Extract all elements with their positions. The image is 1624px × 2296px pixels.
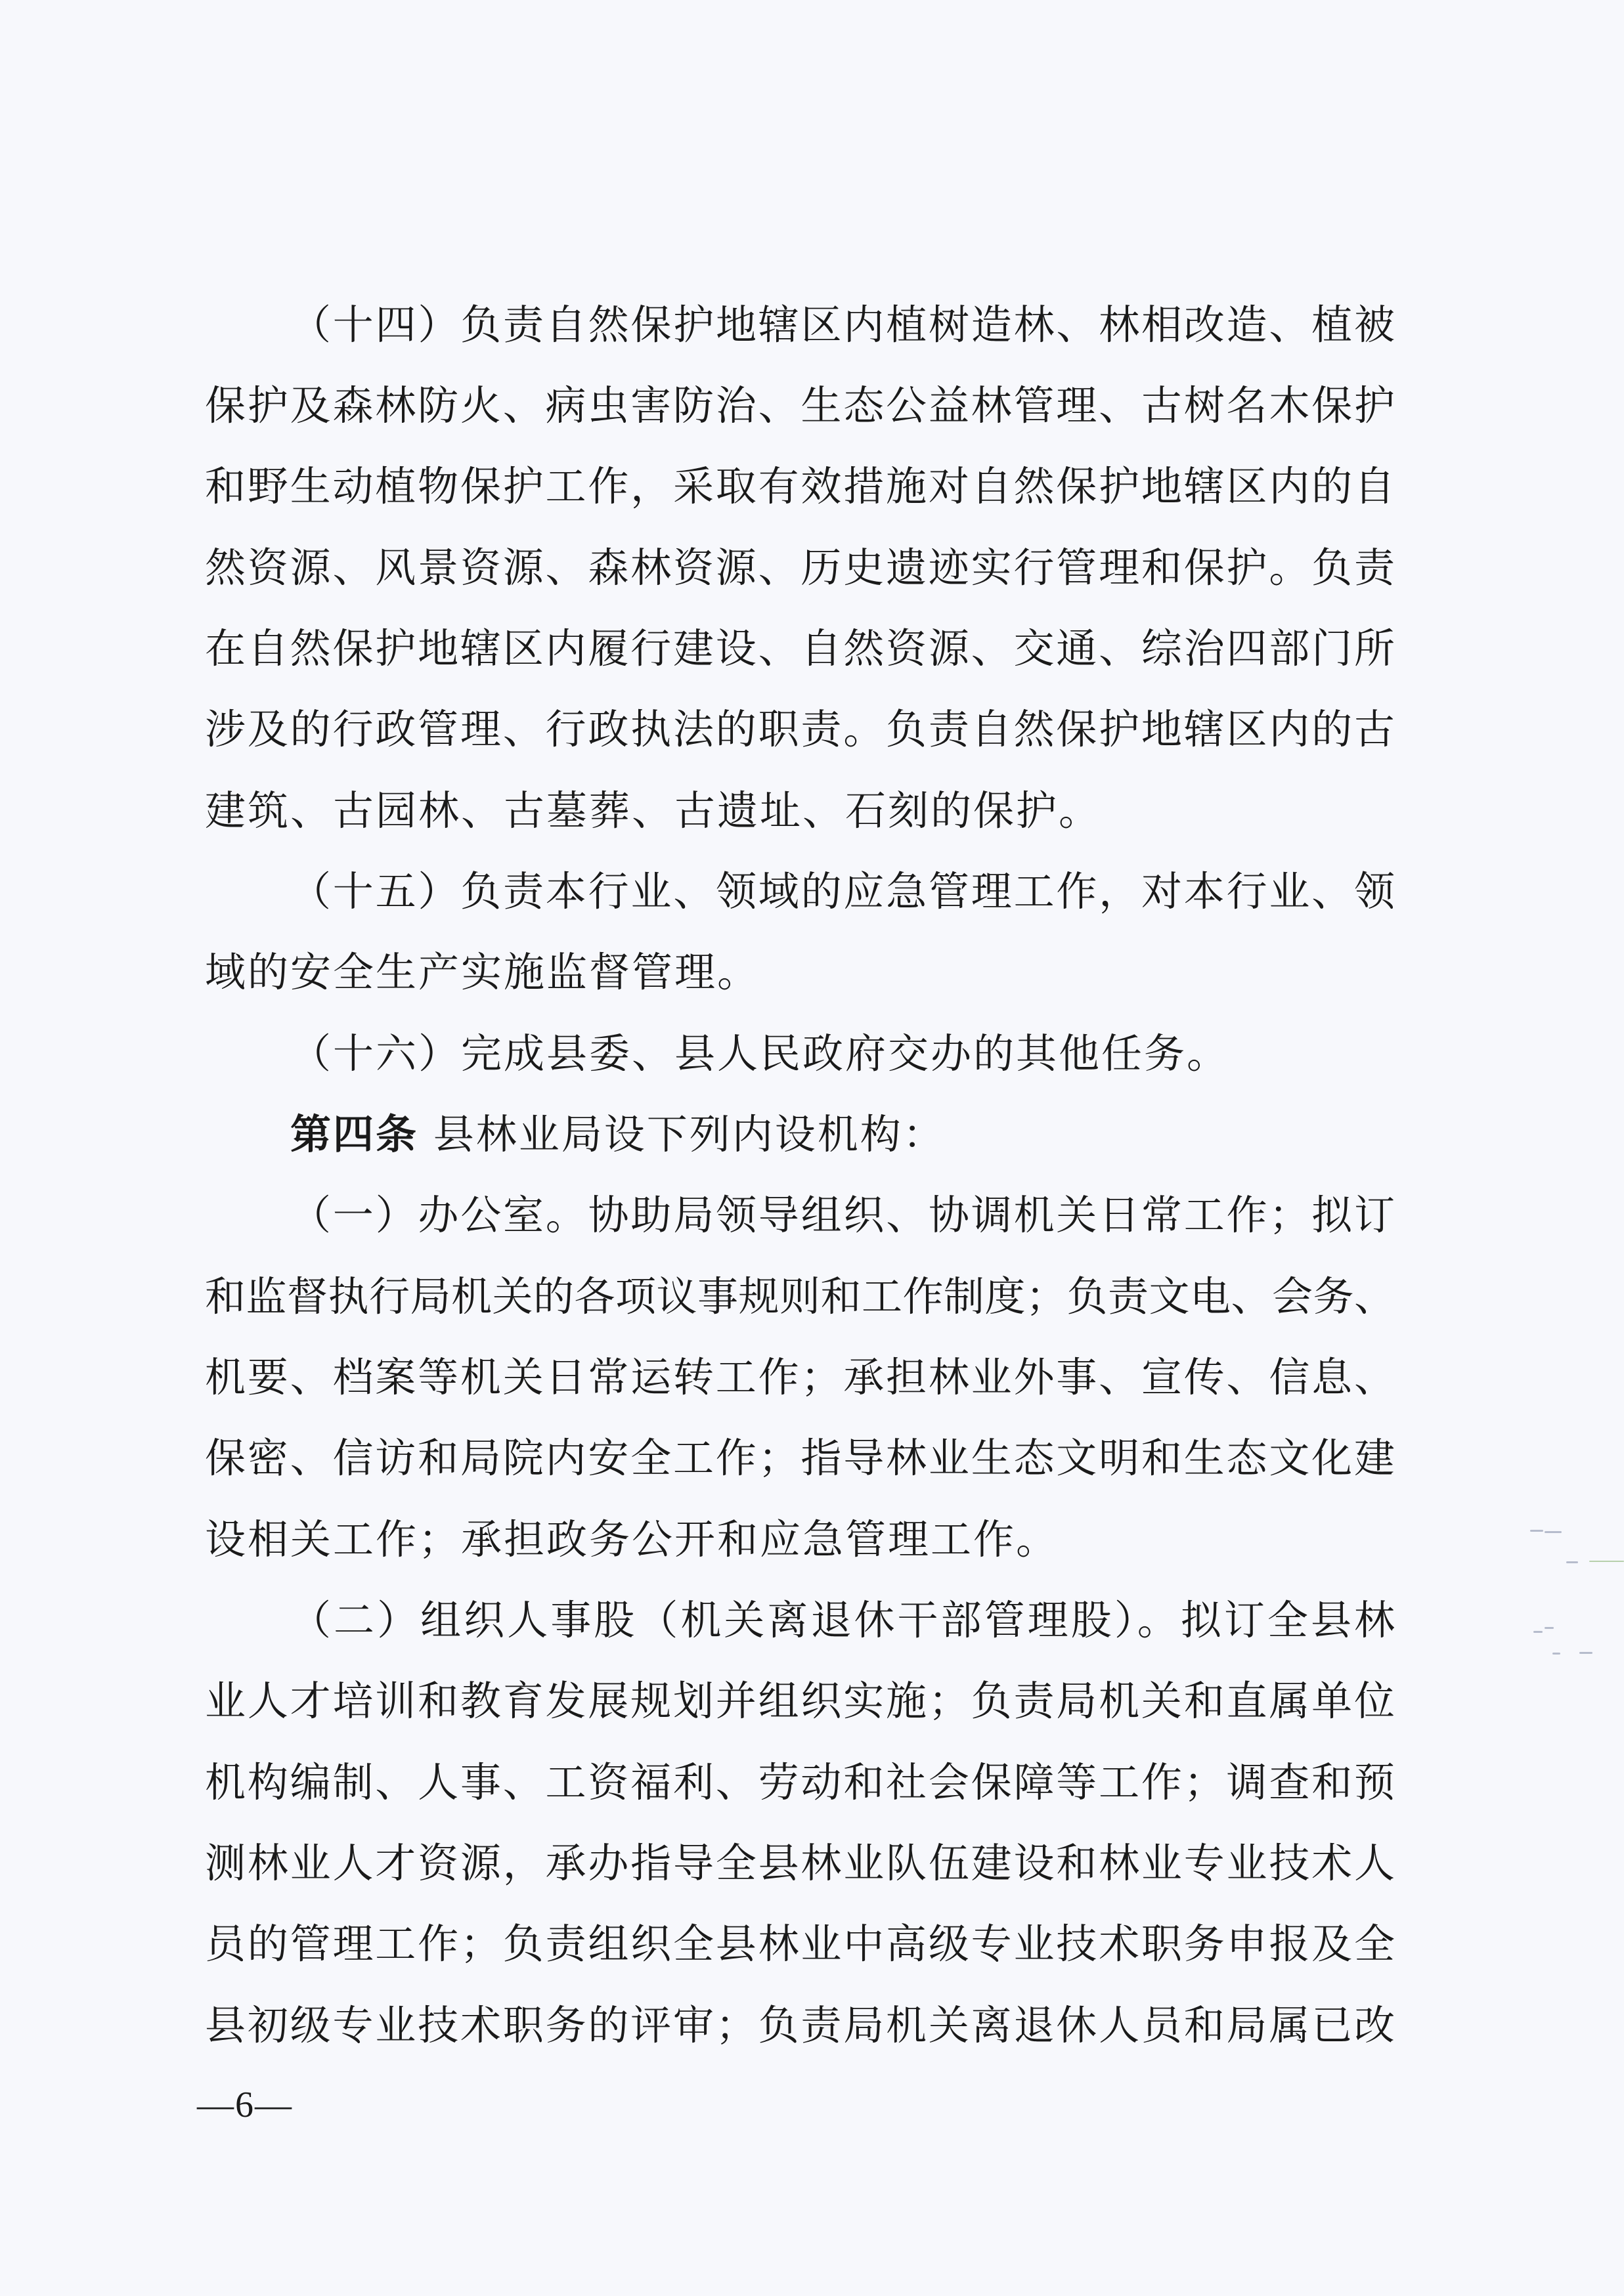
text-line-content: 县林业局设下列内设机构： xyxy=(418,1110,946,1158)
text-line-content: 涉及的行政管理、行政执法的职责。负责自然保护地辖区内的古 xyxy=(205,705,1397,753)
text-line-content: 保护及森林防火、病虫害防治、生态公益林管理、古树名木保护 xyxy=(205,381,1397,429)
article-heading: 第四条 xyxy=(290,1110,418,1158)
text-line-content: 县初级专业技术职务的评审；负责局机关离退休人员和局属已改 xyxy=(205,2001,1397,2049)
text-line: 和监督执行局机关的各项议事规则和工作制度；负责文电、会务、 xyxy=(205,1270,1395,1323)
text-line-content: 建筑、古园林、古墓葬、古遗址、石刻的保护。 xyxy=(205,787,1101,834)
text-line-content: 员的管理工作；负责组织全县林业中高级专业技术职务申报及全 xyxy=(205,1920,1397,1968)
text-line: （十四）负责自然保护地辖区内植树造林、林相改造、植被 xyxy=(290,299,1395,351)
text-line-content: （十五）负责本行业、领域的应急管理工作，对本行业、领 xyxy=(290,867,1397,915)
text-line-content: 机构编制、人事、工资福利、劳动和社会保障等工作；调查和预 xyxy=(205,1758,1397,1806)
text-line: 员的管理工作；负责组织全县林业中高级专业技术职务申报及全 xyxy=(205,1918,1395,1970)
text-line: 建筑、古园林、古墓葬、古遗址、石刻的保护。 xyxy=(205,785,1395,837)
text-line: 然资源、风景资源、森林资源、历史遗迹实行管理和保护。负责 xyxy=(205,542,1395,594)
text-line-content: 域的安全生产实施监督管理。 xyxy=(205,948,760,996)
text-line-content: 在自然保护地辖区内履行建设、自然资源、交通、综治四部门所 xyxy=(205,624,1397,672)
text-line-content: （一）办公室。协助局领导组织、协调机关日常工作；拟订 xyxy=(290,1191,1397,1239)
text-line-content: （十六）完成县委、县人民政府交办的其他任务。 xyxy=(290,1029,1229,1077)
text-line: 保密、信访和局院内安全工作；指导林业生态文明和生态文化建 xyxy=(205,1432,1395,1484)
scan-artifact xyxy=(1589,1561,1624,1562)
scan-artifact xyxy=(1566,1561,1578,1563)
text-line: 测林业人才资源，承办指导全县林业队伍建设和林业专业技术人 xyxy=(205,1837,1395,1890)
scan-artifact xyxy=(1530,1530,1543,1532)
scan-artifact xyxy=(1545,1531,1562,1533)
text-line: 域的安全生产实施监督管理。 xyxy=(205,946,1395,999)
text-line: 和野生动植物保护工作，采取有效措施对自然保护地辖区内的自 xyxy=(205,460,1395,513)
page-number: —6— xyxy=(197,2085,293,2125)
text-line-content: 业人才培训和教育发展规划并组织实施；负责局机关和直属单位 xyxy=(205,1677,1397,1725)
text-line-content: 保密、信访和局院内安全工作；指导林业生态文明和生态文化建 xyxy=(205,1434,1397,1482)
text-line: （一）办公室。协助局领导组织、协调机关日常工作；拟订 xyxy=(290,1189,1395,1242)
scan-artifact xyxy=(1552,1653,1560,1655)
text-line: 设相关工作；承担政务公开和应急管理工作。 xyxy=(205,1513,1395,1566)
text-line: 第四条 县林业局设下列内设机构： xyxy=(290,1108,1395,1161)
text-line-content: （十四）负责自然保护地辖区内植树造林、林相改造、植被 xyxy=(290,301,1397,349)
text-line: （十六）完成县委、县人民政府交办的其他任务。 xyxy=(290,1028,1395,1080)
scan-artifact xyxy=(1533,1631,1543,1633)
text-line: 保护及森林防火、病虫害防治、生态公益林管理、古树名木保护 xyxy=(205,379,1395,432)
text-line-content: 和监督执行局机关的各项议事规则和工作制度；负责文电、会务、 xyxy=(205,1272,1395,1320)
text-line: 机要、档案等机关日常运转工作；承担林业外事、宣传、信息、 xyxy=(205,1351,1395,1404)
document-page: （十四）负责自然保护地辖区内植树造林、林相改造、植被保护及森林防火、病虫害防治、… xyxy=(0,0,1624,2296)
scan-artifact xyxy=(1579,1652,1592,1654)
text-line: 机构编制、人事、工资福利、劳动和社会保障等工作；调查和预 xyxy=(205,1756,1395,1809)
text-line: 县初级专业技术职务的评审；负责局机关离退休人员和局属已改 xyxy=(205,1999,1395,2052)
text-line: 业人才培训和教育发展规划并组织实施；负责局机关和直属单位 xyxy=(205,1675,1395,1727)
text-line-content: 然资源、风景资源、森林资源、历史遗迹实行管理和保护。负责 xyxy=(205,544,1397,592)
text-line-content: 测林业人才资源，承办指导全县林业队伍建设和林业专业技术人 xyxy=(205,1839,1397,1887)
scan-artifact xyxy=(1545,1627,1554,1629)
text-line-content: 设相关工作；承担政务公开和应急管理工作。 xyxy=(205,1515,1059,1563)
text-line-content: 和野生动植物保护工作，采取有效措施对自然保护地辖区内的自 xyxy=(205,462,1397,510)
text-line: （二）组织人事股（机关离退休干部管理股）。拟订全县林 xyxy=(290,1594,1395,1647)
text-line: （十五）负责本行业、领域的应急管理工作，对本行业、领 xyxy=(290,865,1395,918)
text-line: 涉及的行政管理、行政执法的职责。负责自然保护地辖区内的古 xyxy=(205,703,1395,756)
text-line: 在自然保护地辖区内履行建设、自然资源、交通、综治四部门所 xyxy=(205,622,1395,675)
text-line-content: （二）组织人事股（机关离退休干部管理股）。拟订全县林 xyxy=(290,1596,1397,1644)
text-line-content: 机要、档案等机关日常运转工作；承担林业外事、宣传、信息、 xyxy=(205,1353,1397,1401)
